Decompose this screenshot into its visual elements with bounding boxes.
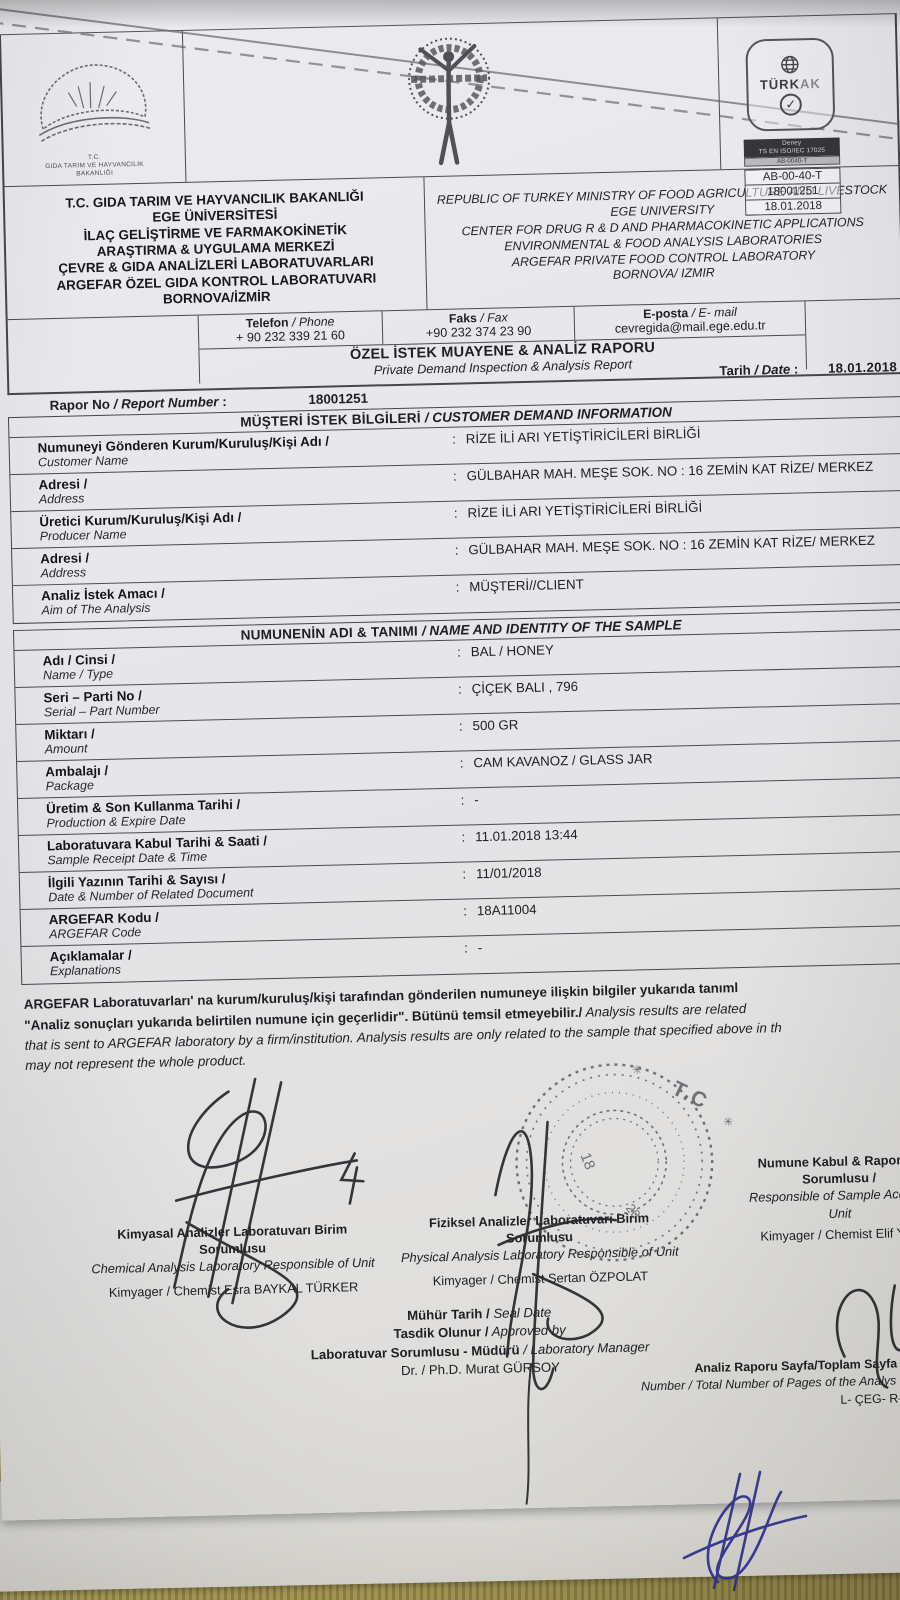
svg-text:18: 18 — [577, 1150, 599, 1172]
stamp-text: T.C — [668, 1077, 712, 1114]
signatory-chemical-analysis: Kimyasal Analizler Laboratuvarı Birim So… — [57, 1219, 409, 1302]
row-value: - — [478, 941, 483, 956]
row-value: 18A11004 — [477, 902, 537, 918]
signatory-name: Kimyager / Chemist Esra BAYKAL TÜRKER — [58, 1277, 408, 1303]
customer-demand-table: MÜŞTERİ İSTEK BİLGİLERİ / CUSTOMER DEMAN… — [8, 396, 900, 624]
signatory-sample-acceptance: Numune Kabul & Raporlan Sorumlusu / Resp… — [674, 1149, 900, 1247]
accreditation-code: AB-0040-T — [744, 156, 840, 167]
email-cell: E-posta / E- mail cevregida@mail.ege.edu… — [575, 302, 805, 340]
university-logo-cell — [183, 18, 720, 182]
phone-number: + 90 232 339 21 60 — [201, 328, 380, 346]
sample-identity-table: NUMUNENİN ADI & TANIMI / NAME AND IDENTI… — [13, 609, 900, 985]
check-icon: ✓ — [780, 93, 803, 116]
report-number-value: 18001251 — [308, 391, 368, 407]
signature-area: Kimyasal Analizler Laboratuvarı Birim So… — [23, 1055, 900, 1521]
ministry-logo — [27, 55, 159, 163]
ministry-caption: T.C. GIDA TARIM VE HAYVANCILIK BAKANLIĞI — [4, 152, 186, 181]
ege-university-emblem — [390, 29, 513, 172]
report-page: TÜRKAK ✓ Deney TS EN ISO/IEC 17025 AB-00… — [0, 0, 900, 1521]
row-value: ÇİÇEK BALI , 796 — [472, 679, 579, 697]
letterhead: TÜRKAK ✓ Deney TS EN ISO/IEC 17025 AB-00… — [0, 13, 900, 395]
blue-signature — [648, 1460, 858, 1600]
accreditation-standard: Deney TS EN ISO/IEC 17025 — [744, 137, 840, 158]
report-date-cell: 18.01.2018 — [746, 198, 840, 215]
row-value: MÜŞTERİ//CLIENT — [469, 577, 584, 595]
ministry-logo-cell: T.C. GIDA TARIM VE HAYVANCILIK BAKANLIĞI — [1, 31, 187, 186]
turkak-wordmark: TÜRKAK — [760, 75, 821, 91]
contact-table: Telefon / Phone + 90 232 339 21 60 Faks … — [198, 302, 807, 384]
globe-icon — [780, 54, 800, 74]
row-value: 11.01.2018 13:44 — [475, 827, 578, 844]
page-count-block: Analiz Raporu Sayfa/Toplam Sayfa Sayısı … — [596, 1354, 900, 1414]
row-value: - — [474, 793, 479, 808]
accreditation-table: AB-00-40-T 18001251 18.01.2018 — [744, 168, 841, 216]
row-value: 500 GR — [472, 718, 518, 734]
svg-text:✳: ✳ — [632, 1063, 642, 1077]
svg-text:✳: ✳ — [723, 1114, 733, 1128]
accreditation-block: TÜRKAK ✓ Deney TS EN ISO/IEC 17025 AB-00… — [741, 37, 841, 216]
row-value: BAL / HONEY — [471, 643, 554, 660]
fax-number: +90 232 374 23 90 — [385, 323, 573, 341]
fax-cell: Faks / Fax +90 232 374 23 90 — [382, 307, 576, 345]
signatory-name: Kimyager / Chemist Sertan ÖZPOLAT — [370, 1265, 710, 1290]
row-value: 11/01/2018 — [476, 865, 542, 882]
org-name-turkish: T.C. GIDA TARIM VE HAYVANCILIK BAKANLIĞI… — [5, 177, 428, 319]
phone-cell: Telefon / Phone + 90 232 339 21 60 — [199, 312, 383, 349]
signatory-name: Kimyager / Chemist Elif YAY — [675, 1222, 900, 1247]
turkak-logo: TÜRKAK ✓ — [745, 38, 835, 132]
scanned-photo: TÜRKAK ✓ Deney TS EN ISO/IEC 17025 AB-00… — [0, 0, 900, 1600]
signatory-physical-analysis: Fiziksel Analizler Laboratuvarı Birim So… — [369, 1208, 711, 1291]
